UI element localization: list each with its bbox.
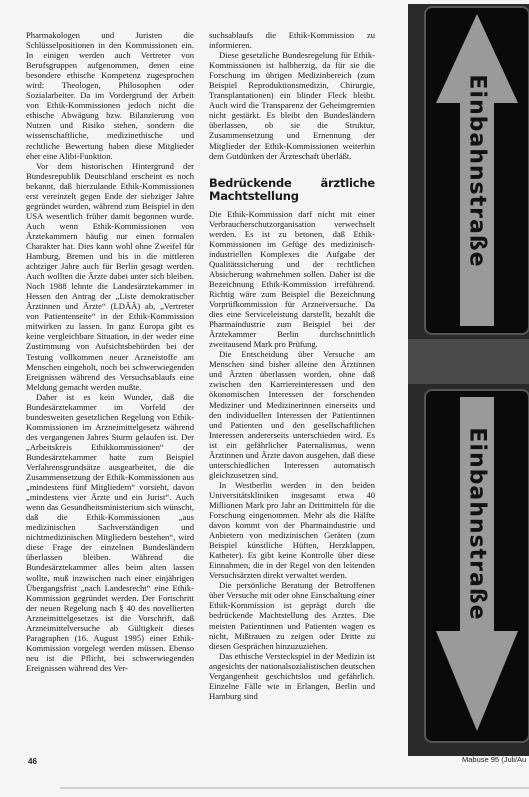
publication-footer: Mabuse 95 (Juli/Au [462, 755, 526, 764]
text-column-1: Pharmakologen und Juristen die Schlüssel… [26, 30, 194, 673]
bottom-rule [60, 787, 529, 789]
paragraph: In Westberlin werden in den beiden Unive… [209, 480, 375, 580]
paragraph: suchsablaufs die Ethik-Kommission zu inf… [209, 30, 375, 50]
paragraph: Die persönliche Beratung der Betroffenen… [209, 580, 375, 650]
street-sign-photo: Einbahnstraße Einbahnstraße [408, 4, 529, 756]
pole-band [408, 339, 529, 384]
one-way-sign-bottom: Einbahnstraße [424, 389, 529, 743]
one-way-sign-top: Einbahnstraße [424, 6, 529, 335]
paragraph: Diese gesetzliche Bundesregelung für Eth… [209, 50, 375, 161]
sign-label: Einbahnstraße [465, 427, 490, 620]
paragraph: Das ethische Versteckspiel in der Medizi… [209, 651, 375, 701]
sign-label: Einbahnstraße [465, 74, 490, 267]
document-page: Pharmakologen und Juristen die Schlüssel… [0, 0, 529, 797]
paragraph: Vor dem historischen Hintergrund der Bun… [26, 161, 194, 392]
paragraph: Pharmakologen und Juristen die Schlüssel… [26, 30, 194, 161]
text-column-2: suchsablaufs die Ethik-Kommission zu inf… [209, 30, 375, 701]
section-heading: Bedrückende ärztliche Machtstellung [209, 177, 375, 203]
paragraph: Daher ist es kein Wunder, daß die Bundes… [26, 392, 194, 673]
page-number: 46 [28, 757, 37, 766]
paragraph: Die Ethik-Kommission darf nicht mit eine… [209, 209, 375, 350]
paragraph: Die Entscheidung über Versuche am Mensch… [209, 349, 375, 480]
